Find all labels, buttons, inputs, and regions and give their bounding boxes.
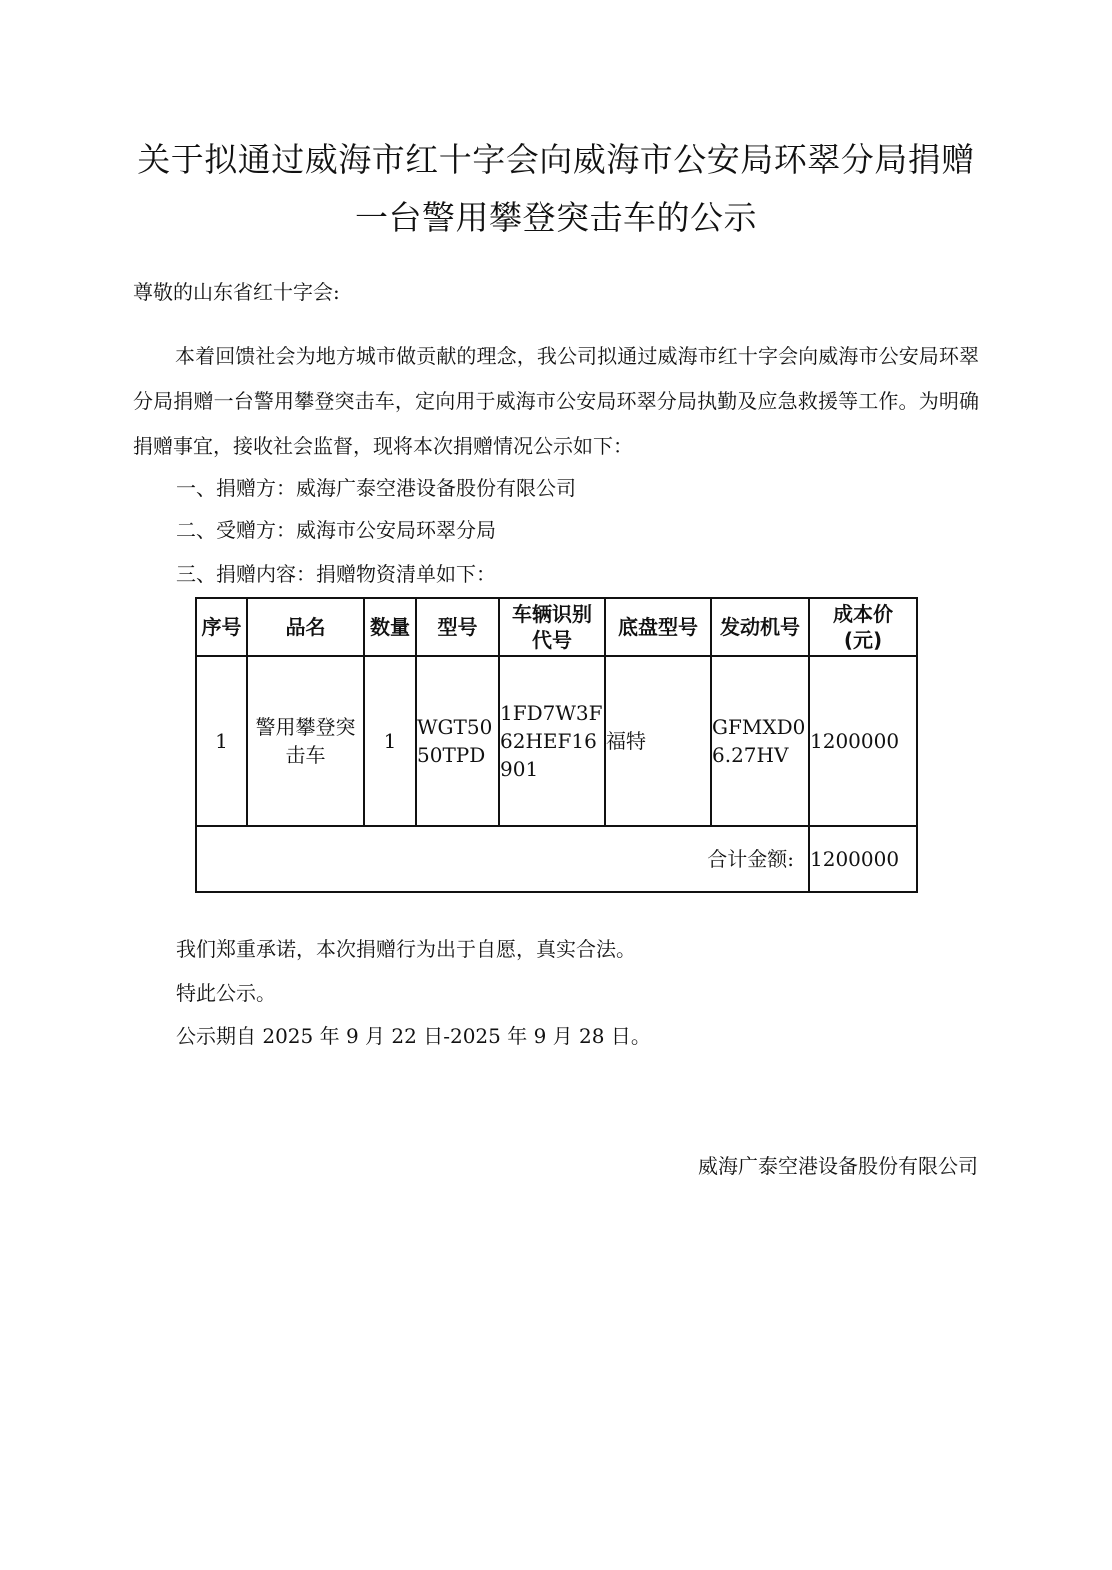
intro-paragraph: 本着回馈社会为地方城市做贡献的理念，我公司拟通过威海市红十字会向威海市公安局环翠…: [133, 334, 979, 469]
header-chassis: 底盘型号: [605, 598, 711, 656]
cell-name: 警用攀登突击车: [247, 656, 364, 826]
header-engine: 发动机号: [711, 598, 809, 656]
cell-model: WGT5050TPD: [416, 656, 499, 826]
cell-quantity: 1: [364, 656, 416, 826]
header-name: 品名: [247, 598, 364, 656]
header-model: 型号: [416, 598, 499, 656]
header-vin-line1: 车辆识别: [512, 602, 592, 626]
signature-company: 威海广泰空港设备股份有限公司: [600, 1152, 978, 1180]
cell-chassis: 福特: [605, 656, 711, 826]
cell-engine: GFMXD06.27HV: [711, 656, 809, 826]
cell-cost: 1200000: [809, 656, 917, 826]
notice-period: 公示期自 2025 年 9 月 22 日-2025 年 9 月 28 日。: [176, 1022, 651, 1050]
header-index: 序号: [196, 598, 247, 656]
donation-table: 序号 品名 数量 型号 车辆识别 代号 底盘型号 发动机号 成本价 (元) 1 …: [195, 597, 918, 893]
table-header-row: 序号 品名 数量 型号 车辆识别 代号 底盘型号 发动机号 成本价 (元): [196, 598, 917, 656]
header-vin: 车辆识别 代号: [499, 598, 605, 656]
header-cost-line1: 成本价: [833, 602, 893, 626]
cell-vin: 1FD7W3F62HEF16901: [499, 656, 605, 826]
document-title-line-2: 一台警用攀登突击车的公示: [100, 190, 1012, 246]
table-row: 1 警用攀登突击车 1 WGT5050TPD 1FD7W3F62HEF16901…: [196, 656, 917, 826]
header-quantity: 数量: [364, 598, 416, 656]
salutation: 尊敬的山东省红十字会:: [133, 278, 340, 306]
recipient-item: 二、受赠方：威海市公安局环翠分局: [176, 516, 496, 544]
cell-index: 1: [196, 656, 247, 826]
total-label: 合计金额:: [196, 826, 809, 892]
document-title-line-1: 关于拟通过威海市红十字会向威海市公安局环翠分局捐赠: [100, 132, 1012, 188]
content-item: 三、捐赠内容：捐赠物资清单如下：: [176, 560, 496, 588]
commitment-statement: 我们郑重承诺，本次捐赠行为出于自愿，真实合法。: [176, 935, 636, 963]
header-cost: 成本价 (元): [809, 598, 917, 656]
donor-item: 一、捐赠方：威海广泰空港设备股份有限公司: [176, 474, 576, 502]
total-value: 1200000: [809, 826, 917, 892]
header-cost-line2: (元): [844, 628, 882, 652]
notice-statement: 特此公示。: [176, 979, 276, 1007]
header-vin-line2: 代号: [532, 628, 572, 652]
table-total-row: 合计金额: 1200000: [196, 826, 917, 892]
